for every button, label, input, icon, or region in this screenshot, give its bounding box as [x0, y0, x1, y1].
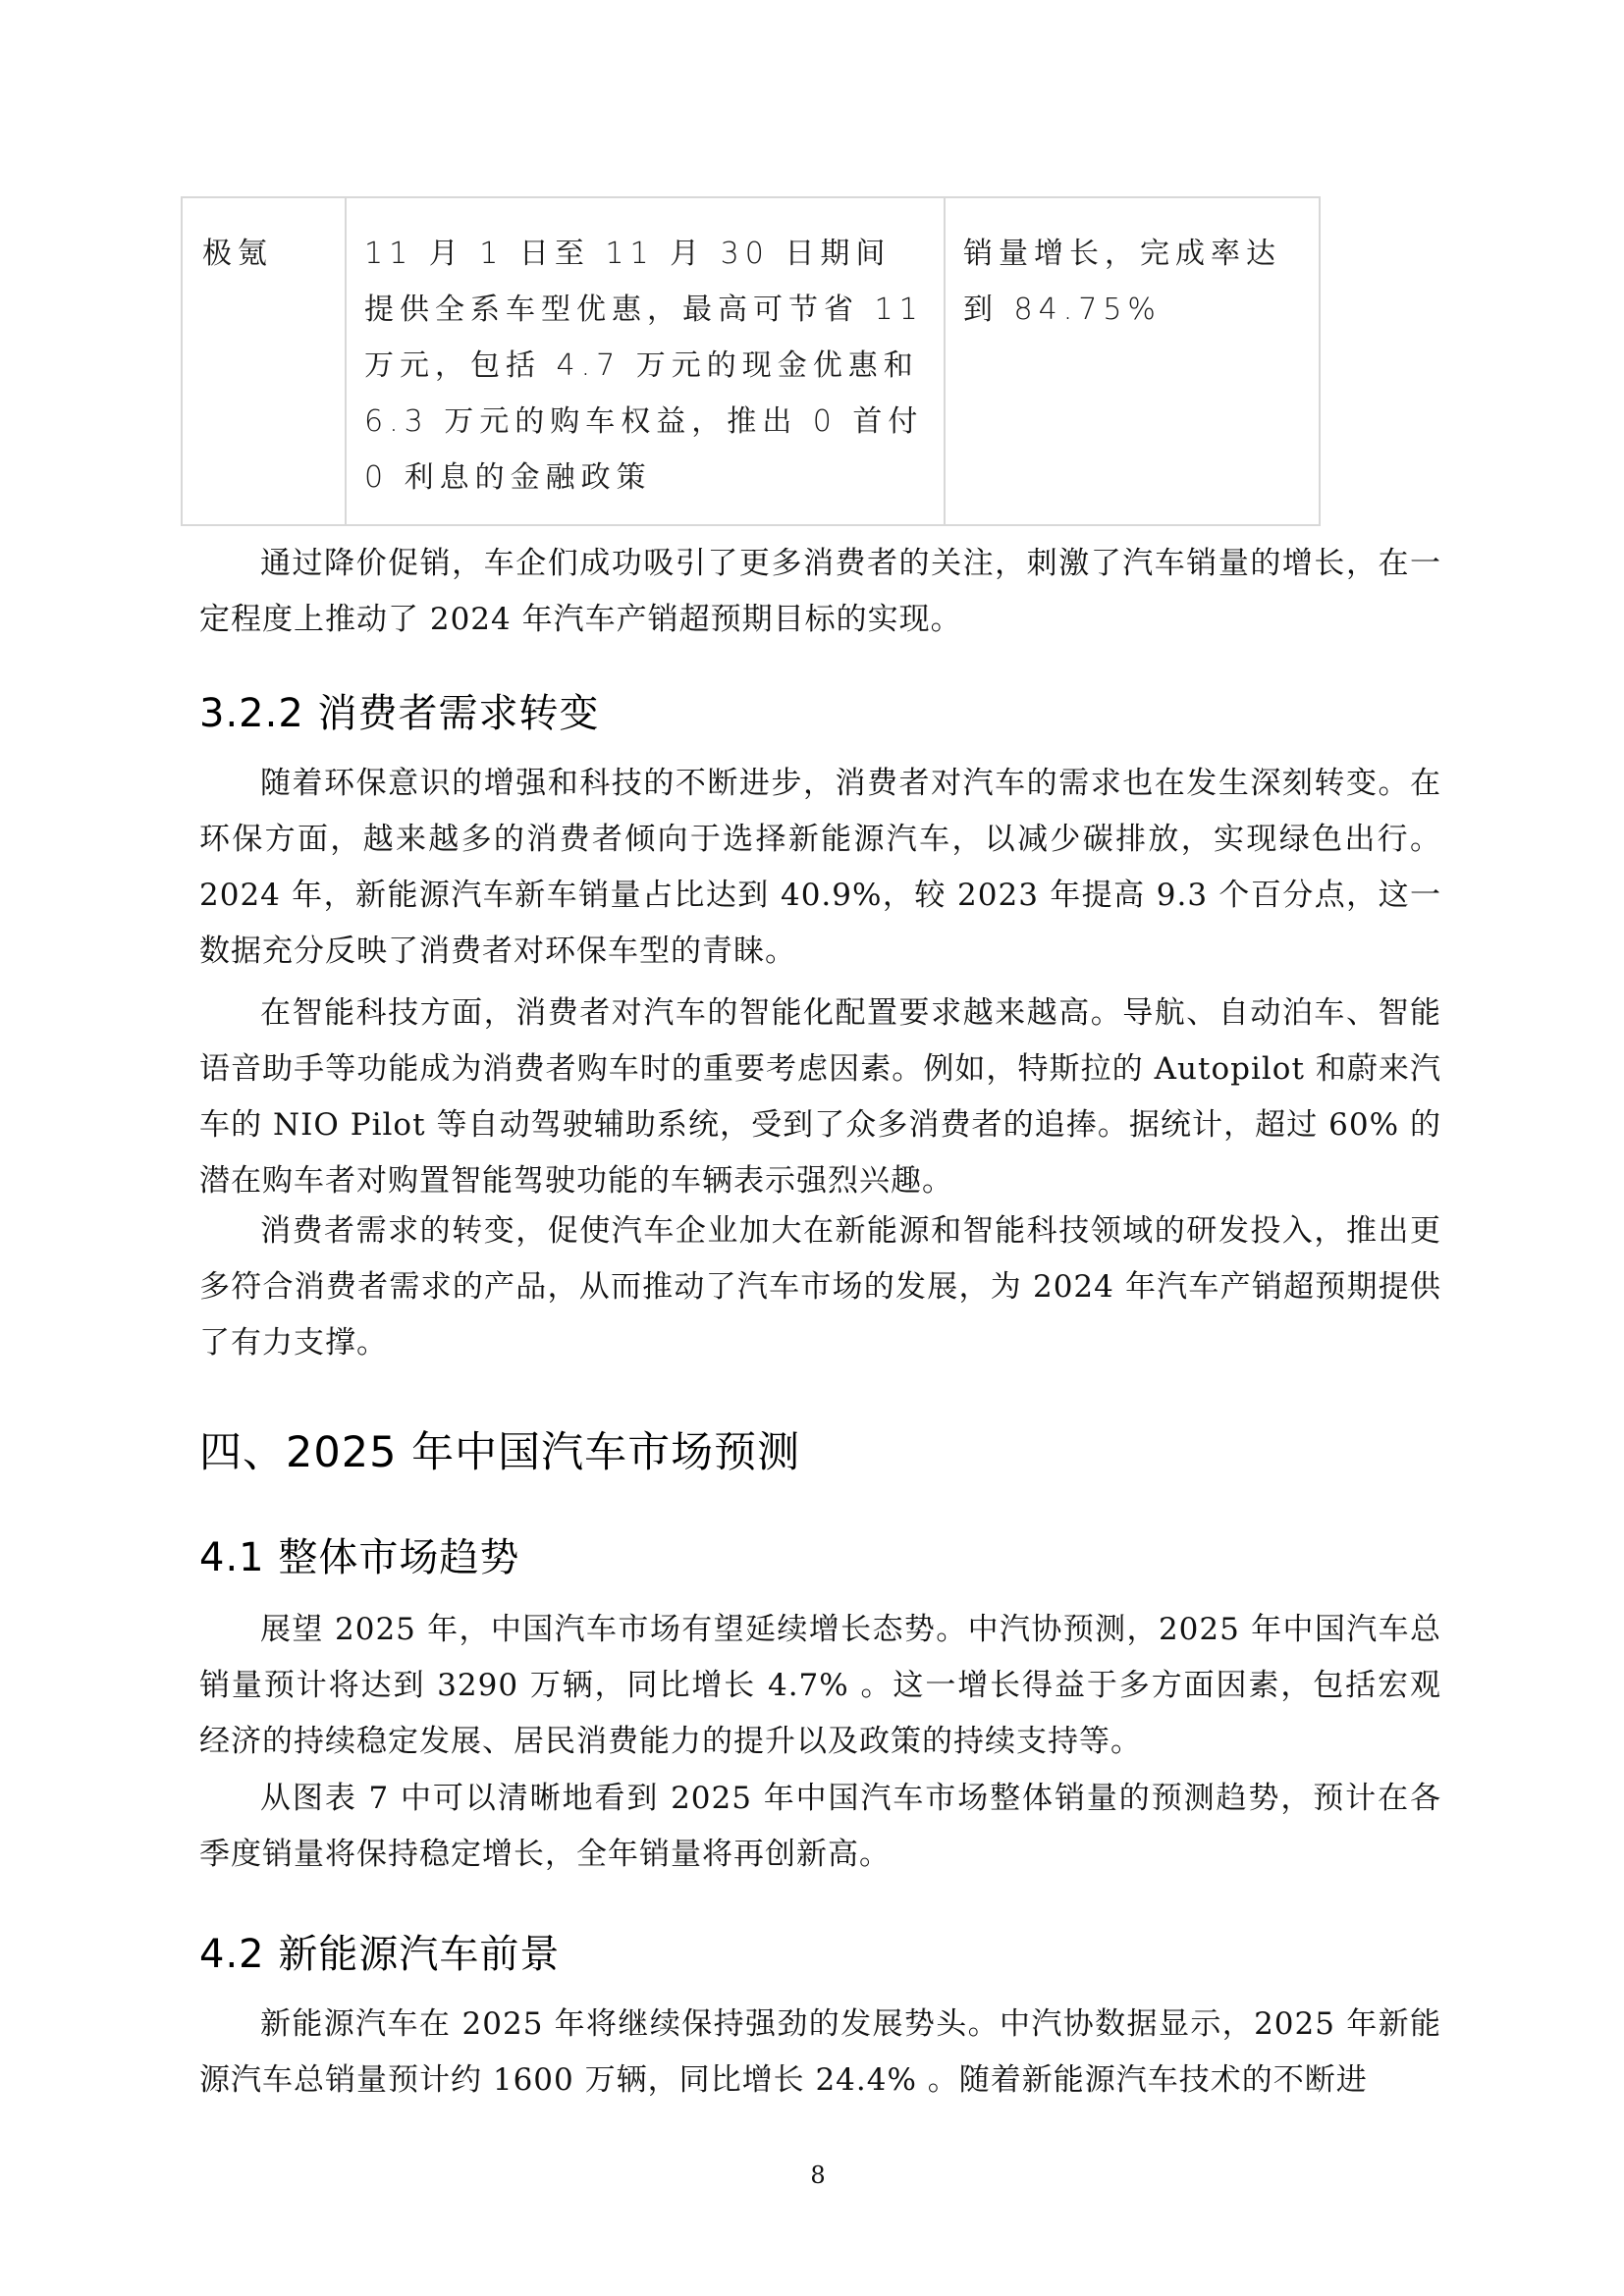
- chapter-heading-4: 四、2025 年中国汽车市场预测: [199, 1427, 800, 1478]
- section-heading-4-1: 4.1 整体市场趋势: [199, 1533, 519, 1582]
- section-heading-4-2: 4.2 新能源汽车前景: [199, 1930, 560, 1979]
- paragraph-price-cut: 通过降价促销，车企们成功吸引了更多消费者的关注，刺激了汽车销量的增长，在一定程度…: [199, 536, 1441, 648]
- paragraph-chart7-reference: 从图表 7 中可以清晰地看到 2025 年中国汽车市场整体销量的预测趋势，预计在…: [199, 1771, 1441, 1883]
- paragraph-smart-tech: 在智能科技方面，消费者对汽车的智能化配置要求越来越高。导航、自动泊车、智能语音助…: [199, 986, 1441, 1209]
- table-cell-brand: 极氪: [182, 197, 346, 525]
- paragraph-nev-outlook: 新能源汽车在 2025 年将继续保持强劲的发展势头。中汽协数据显示，2025 年…: [199, 1997, 1441, 2109]
- paragraph-environment: 随着环保意识的增强和科技的不断进步，消费者对汽车的需求也在发生深刻转变。在环保方…: [199, 756, 1441, 980]
- table-cell-result: 销量增长，完成率达到 84.75%: [945, 197, 1320, 525]
- table-cell-measures: 11 月 1 日至 11 月 30 日期间提供全系车型优惠，最高可节省 11 万…: [346, 197, 945, 525]
- promotion-table: 极氪 11 月 1 日至 11 月 30 日期间提供全系车型优惠，最高可节省 1…: [181, 196, 1321, 526]
- document-page: 极氪 11 月 1 日至 11 月 30 日期间提供全系车型优惠，最高可节省 1…: [0, 0, 1624, 2296]
- paragraph-market-outlook: 展望 2025 年，中国汽车市场有望延续增长态势。中汽协预测，2025 年中国汽…: [199, 1602, 1441, 1770]
- table-row: 极氪 11 月 1 日至 11 月 30 日期间提供全系车型优惠，最高可节省 1…: [182, 197, 1320, 525]
- paragraph-demand-shift: 消费者需求的转变，促使汽车企业加大在新能源和智能科技领域的研发投入，推出更多符合…: [199, 1203, 1441, 1371]
- page-number: 8: [803, 2162, 833, 2189]
- section-heading-3-2-2: 3.2.2 消费者需求转变: [199, 689, 600, 738]
